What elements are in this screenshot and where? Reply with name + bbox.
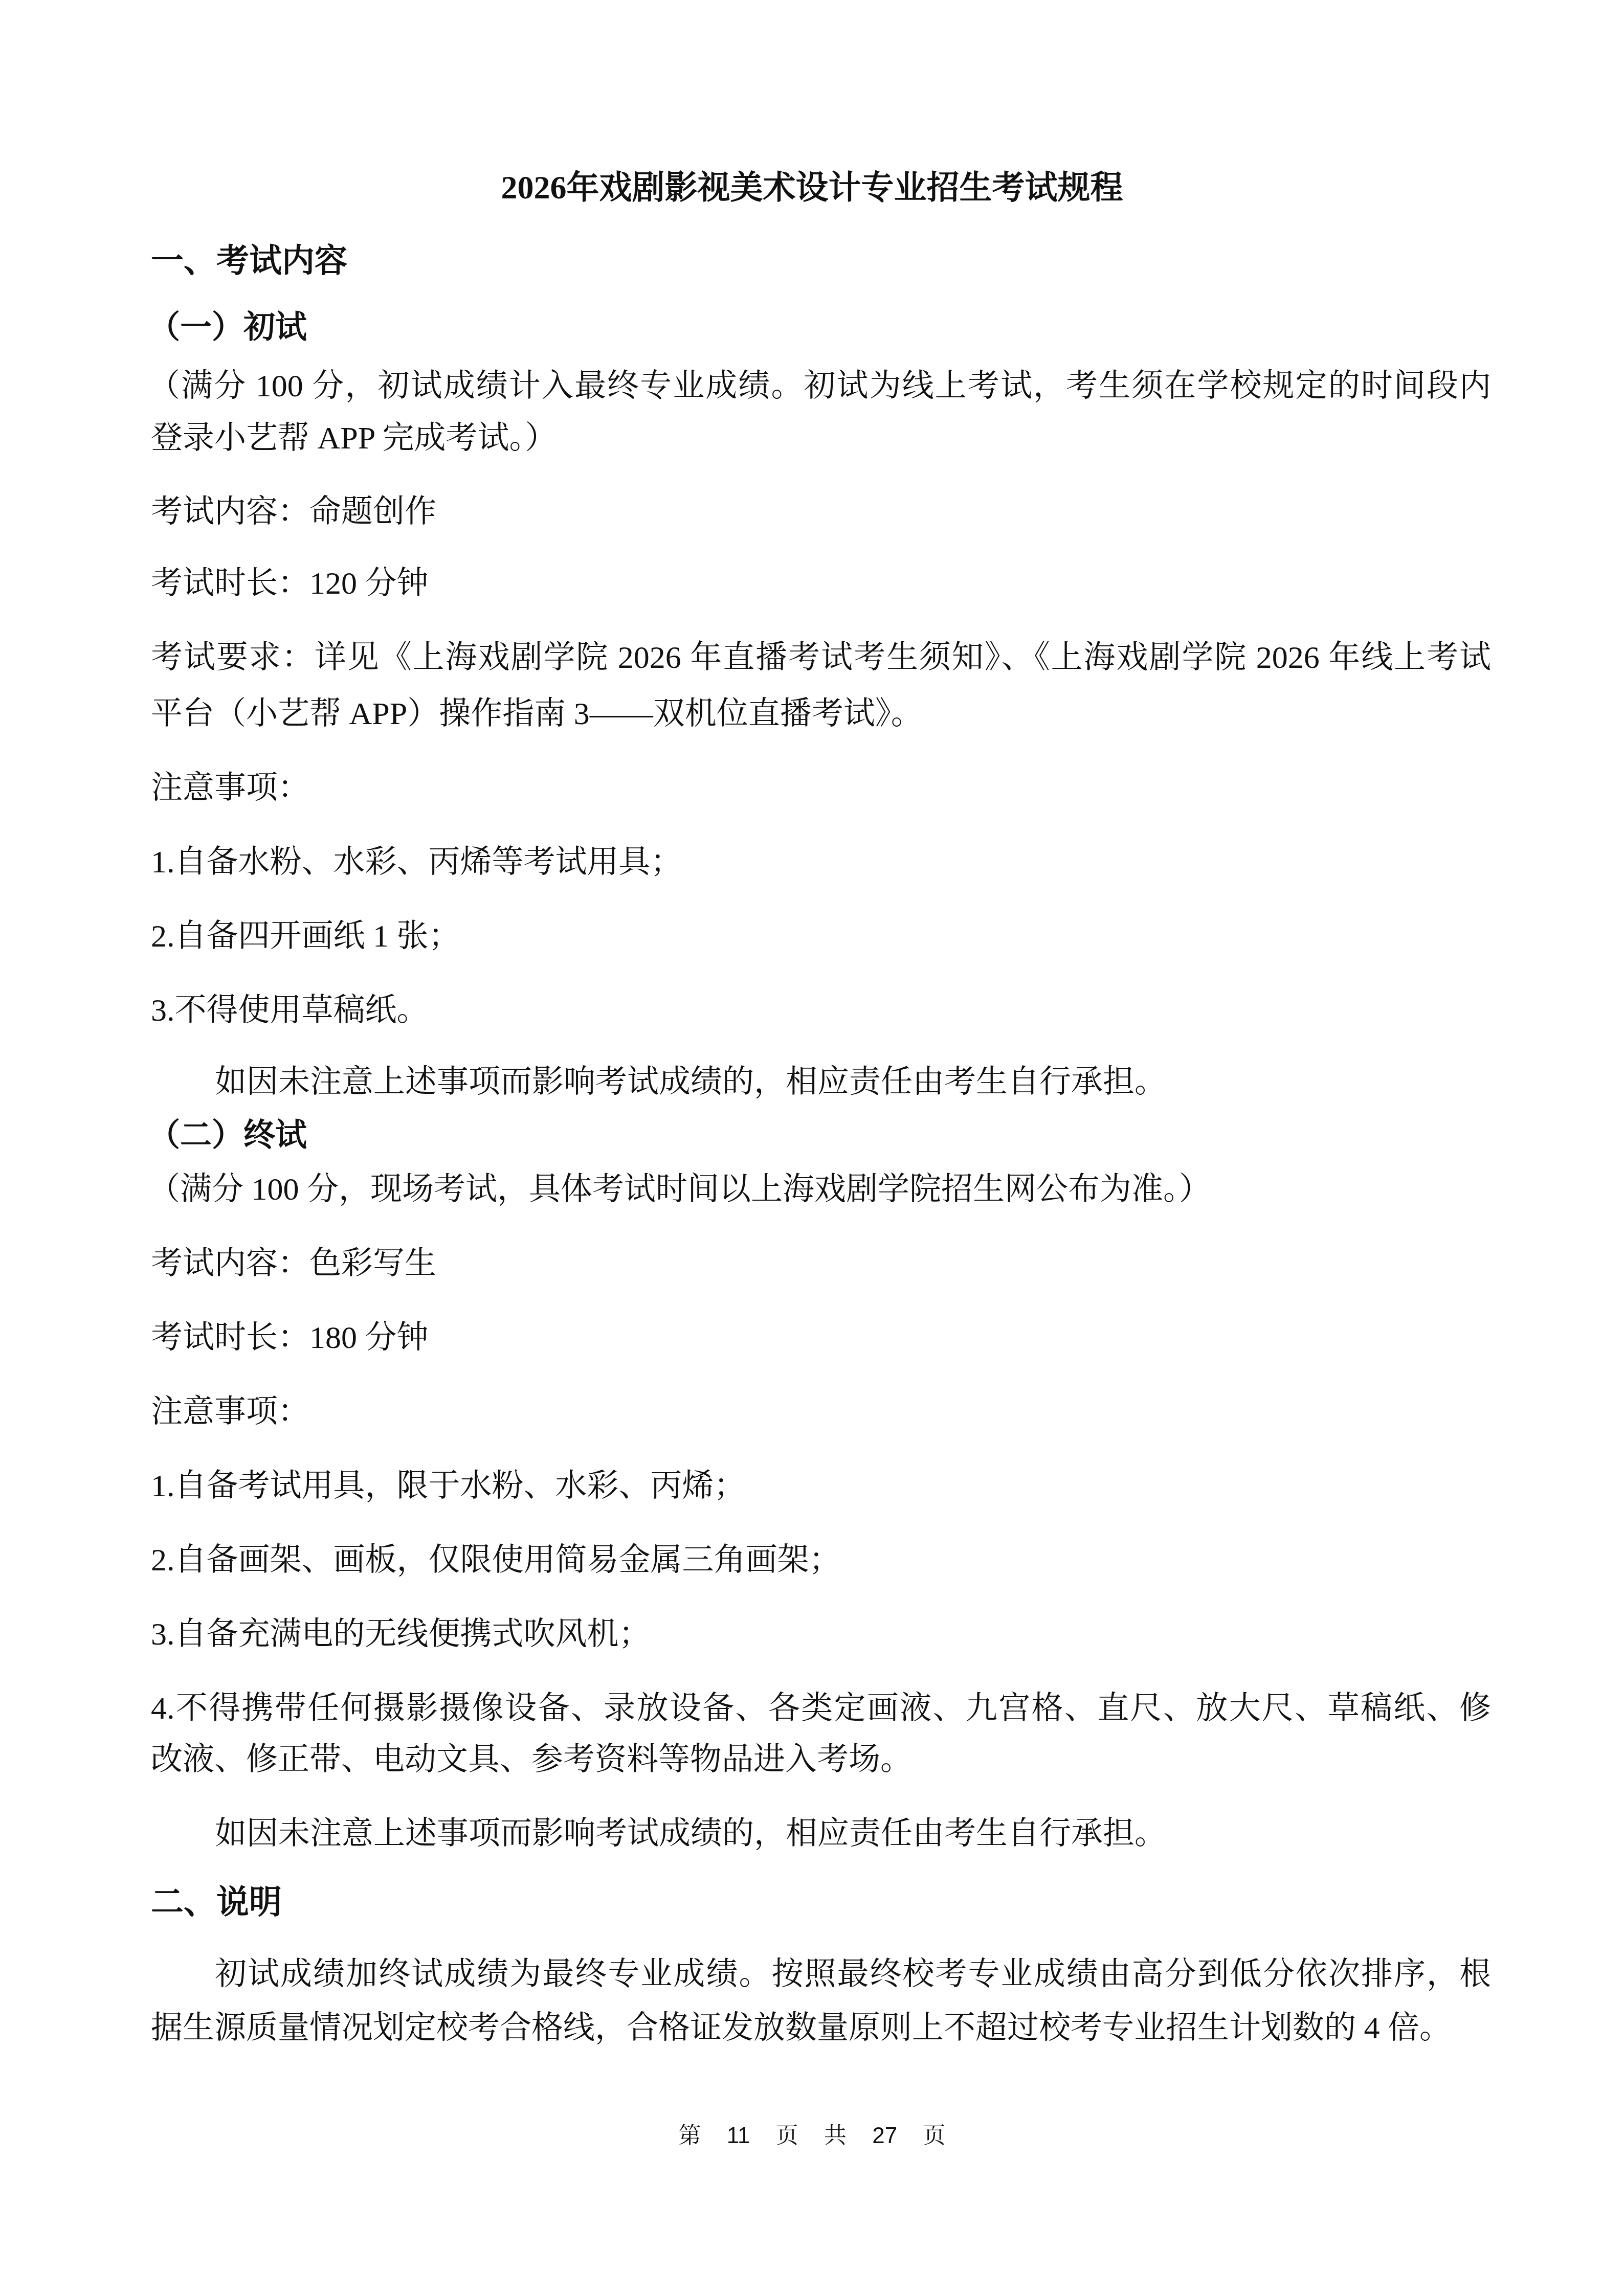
explanation-paragraph-line-2: 据生源质量情况划定校考合格线，合格证发放数量原则上不超过校考专业招生计划数的 4… xyxy=(151,2012,1491,2044)
final-exam-content: 考试内容：色彩写生 xyxy=(151,1248,1491,1279)
preliminary-disclaimer: 如因未注意上述事项而影响考试成绩的，相应责任由考生自行承担。 xyxy=(215,1066,1555,1098)
preliminary-note-item: 2.自备四开画纸 1 张； xyxy=(151,920,1491,952)
footer-total-pages: 27 xyxy=(872,2123,897,2148)
document-title: 2026年戏剧影视美术设计专业招生考试规程 xyxy=(0,171,1624,204)
preliminary-intro-line-2: 登录小艺帮 APP 完成考试。） xyxy=(151,422,1491,454)
preliminary-intro-line-1: （满分 100 分，初试成绩计入最终专业成绩。初试为线上考试，考生须在学校规定的… xyxy=(148,370,1491,402)
subsection-heading-preliminary: （一）初试 xyxy=(148,312,1488,344)
final-exam-duration: 考试时长：180 分钟 xyxy=(151,1322,1491,1354)
final-notes-heading: 注意事项： xyxy=(151,1396,1491,1428)
final-intro: （满分 100 分，现场考试，具体考试时间以上海戏剧学院招生网公布为准。） xyxy=(148,1174,1488,1205)
subsection-heading-final: （二）终试 xyxy=(148,1120,1488,1152)
final-note-item-4-line-2: 改液、修正带、电动文具、参考资料等物品进入考场。 xyxy=(151,1744,1491,1775)
footer-total-prefix: 共 xyxy=(824,2123,847,2148)
preliminary-requirements-line-1: 考试要求：详见《上海戏剧学院 2026 年直播考试考生须知》、《上海戏剧学院 2… xyxy=(151,642,1491,673)
footer-page-word-2: 页 xyxy=(923,2123,945,2148)
preliminary-note-item: 1.自备水粉、水彩、丙烯等考试用具； xyxy=(151,846,1491,878)
final-note-item-4-line-1: 4.不得携带任何摄影摄像设备、录放设备、各类定画液、九宫格、直尺、放大尺、草稿纸… xyxy=(151,1693,1491,1724)
final-note-item: 3.自备充满电的无线便携式吹风机； xyxy=(151,1618,1491,1650)
section-heading-explanation: 二、说明 xyxy=(151,1886,1491,1919)
footer-page-word: 页 xyxy=(776,2123,798,2148)
final-note-item: 2.自备画架、画板，仅限使用简易金属三角画架； xyxy=(151,1544,1491,1576)
footer-current-page: 11 xyxy=(727,2123,750,2148)
preliminary-exam-duration: 考试时长：120 分钟 xyxy=(151,568,1491,599)
explanation-paragraph-line-1: 初试成绩加终试成绩为最终专业成绩。按照最终校考专业成绩由高分到低分依次排序，根 xyxy=(215,1959,1491,1990)
preliminary-exam-content: 考试内容：命题创作 xyxy=(151,496,1491,528)
final-note-item: 1.自备考试用具，限于水粉、水彩、丙烯； xyxy=(151,1470,1491,1502)
footer-prefix: 第 xyxy=(679,2123,701,2148)
final-disclaimer: 如因未注意上述事项而影响考试成绩的，相应责任由考生自行承担。 xyxy=(215,1818,1555,1850)
preliminary-note-item: 3.不得使用草稿纸。 xyxy=(151,995,1491,1026)
page-footer: 第 11 页 共 27 页 xyxy=(0,2125,1624,2147)
preliminary-notes-heading: 注意事项： xyxy=(151,772,1491,804)
preliminary-requirements-line-2: 平台（小艺帮 APP）操作指南 3——双机位直播考试》。 xyxy=(151,698,1491,730)
section-heading-exam-content: 一、考试内容 xyxy=(151,244,1491,277)
